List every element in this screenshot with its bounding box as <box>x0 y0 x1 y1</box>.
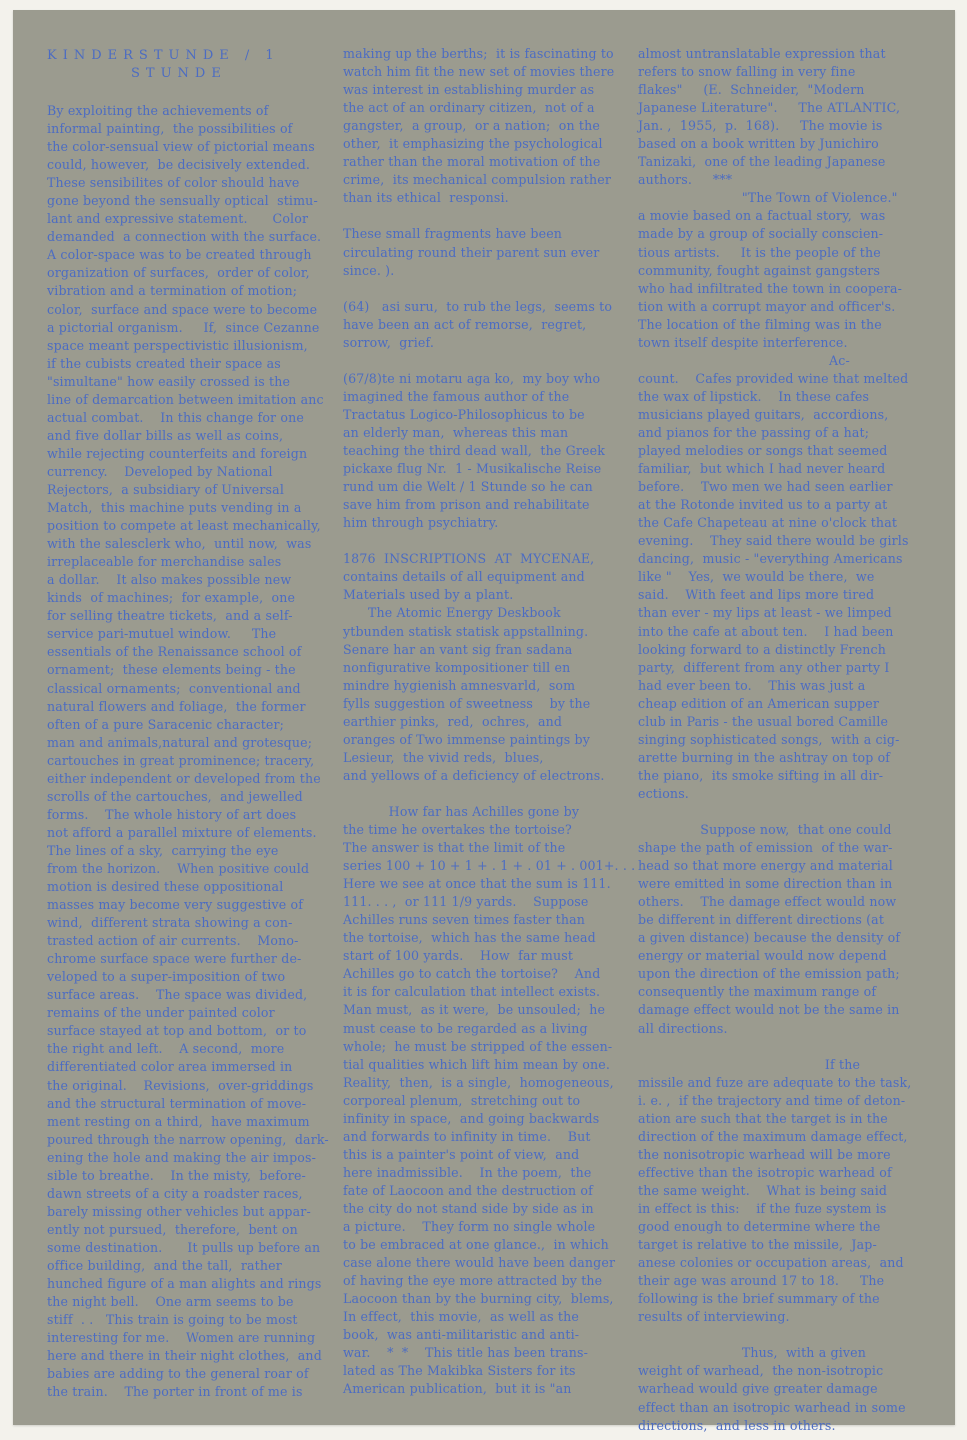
text-line: rund um die Welt / 1 Stunde so he can <box>343 478 638 496</box>
text-line: head so that more energy and material <box>638 857 938 875</box>
text-line: a given distance) because the density of <box>638 929 938 947</box>
text-line: informal painting, the possibilities of <box>47 120 342 138</box>
text-line: fate of Laocoon and the destruction of <box>343 1182 638 1200</box>
text-line: from the horizon. When positive could <box>47 860 342 878</box>
text-line: earthier pinks, red, ochres, and <box>343 713 638 731</box>
text-line: party, different from any other party I <box>638 659 938 677</box>
text-line: if the cubists created their space as <box>47 355 342 373</box>
text-line: target is relative to the missile, Jap- <box>638 1236 938 1254</box>
text-line: damage effect would not be the same in <box>638 1001 938 1019</box>
text-line: infinity in space, and going backwards <box>343 1110 638 1128</box>
text-line: lated as The Makibka Sisters for its <box>343 1362 638 1380</box>
text-line: dancing, music - "everything Americans <box>638 550 938 568</box>
text-line: the piano, its smoke sifting in all dir- <box>638 767 938 785</box>
text-line: community, fought against gangsters <box>638 262 938 280</box>
text-line: a pictorial organism. If, since Cezanne <box>47 319 342 337</box>
text-line: the same weight. What is being said <box>638 1182 938 1200</box>
text-line: service pari-mutuel window. The <box>47 625 342 643</box>
text-line <box>638 1038 938 1056</box>
text-line: the right and left. A second, more <box>47 1040 342 1058</box>
text-line: played melodies or songs that seemed <box>638 442 938 460</box>
text-line: him through psychiatry. <box>343 514 638 532</box>
text-line: Jan. , 1955, p. 168). The movie is <box>638 117 938 135</box>
text-line: Lesieur, the vivid reds, blues, <box>343 749 638 767</box>
text-line: effective than the isotropic warhead of <box>638 1164 938 1182</box>
text-line <box>638 803 938 821</box>
text-line: while rejecting counterfeits and foreign <box>47 445 342 463</box>
text-line: the tortoise, which has the same head <box>343 929 638 947</box>
text-line: By exploiting the achievements of <box>47 102 342 120</box>
text-line <box>638 1326 938 1344</box>
text-line: the color-sensual view of pictorial mean… <box>47 138 342 156</box>
text-line: stiff . . This train is going to be most <box>47 1311 342 1329</box>
text-column-left: By exploiting the achievements ofinforma… <box>47 102 342 1401</box>
text-line <box>343 207 638 225</box>
text-line: gangster, a group, or a nation; on the <box>343 117 638 135</box>
text-line: it is for calculation that intellect exi… <box>343 983 638 1001</box>
text-line: weight of warhead, the non-isotropic <box>638 1362 938 1380</box>
text-line: following is the brief summary of the <box>638 1290 938 1308</box>
text-line: energy or material would now depend <box>638 947 938 965</box>
text-line: based on a book written by Junichiro <box>638 135 938 153</box>
text-line: book, was anti-militaristic and anti- <box>343 1326 638 1344</box>
text-line: here inadmissible. In the poem, the <box>343 1164 638 1182</box>
text-line <box>343 352 638 370</box>
text-line: series 100 + 10 + 1 + . 1 + . 01 + . 001… <box>343 857 638 875</box>
text-line: classical ornaments; conventional and <box>47 680 342 698</box>
text-line: not afford a parallel mixture of element… <box>47 824 342 842</box>
text-line: Rejectors, a subsidiary of Universal <box>47 481 342 499</box>
text-line: in effect is this: if the fuze system is <box>638 1200 938 1218</box>
text-line: color, surface and space were to become <box>47 301 342 319</box>
text-line: "simultane" how easily crossed is the <box>47 373 342 391</box>
text-line: all directions. <box>638 1020 938 1038</box>
text-line: Achilles go to catch the tortoise? And <box>343 965 638 983</box>
text-line: missile and fuze are adequate to the tas… <box>638 1074 938 1092</box>
text-line: These small fragments have been <box>343 225 638 243</box>
text-line: scrolls of the cartouches, and jewelled <box>47 788 342 806</box>
text-line: their age was around 17 to 18. The <box>638 1272 938 1290</box>
text-line: the wax of lipstick. In these cafes <box>638 388 938 406</box>
text-line: cheap edition of an American supper <box>638 695 938 713</box>
text-line: wind, different strata showing a con- <box>47 914 342 932</box>
text-line: Japanese Literature". The ATLANTIC, <box>638 99 938 117</box>
text-line: i. e. , if the trajectory and time of de… <box>638 1092 938 1110</box>
text-line: veloped to a super-imposition of two <box>47 968 342 986</box>
text-line: and five dollar bills as well as coins, <box>47 427 342 445</box>
text-line: (67/8)te ni motaru aga ko, my boy who <box>343 370 638 388</box>
text-line: surface areas. The space was divided, <box>47 986 342 1004</box>
text-line <box>343 280 638 298</box>
text-line: masses may become very suggestive of <box>47 896 342 914</box>
text-line: trasted action of air currents. Mono- <box>47 932 342 950</box>
text-line: fylls suggestion of sweetness by the <box>343 695 638 713</box>
text-line: tious artists. It is the people of the <box>638 244 938 262</box>
text-line: gone beyond the sensually optical stimu- <box>47 192 342 210</box>
text-line: organization of surfaces, order of color… <box>47 264 342 282</box>
text-line: of having the eye more attracted by the <box>343 1272 638 1290</box>
text-line: Suppose now, that one could <box>638 821 938 839</box>
text-line: other, it emphasizing the psychological <box>343 135 638 153</box>
text-line: The lines of a sky, carrying the eye <box>47 842 342 860</box>
text-line: The answer is that the limit of the <box>343 839 638 857</box>
text-line: to be embraced at one glance., in which <box>343 1236 638 1254</box>
text-line: whole; he must be stripped of the essen- <box>343 1038 638 1056</box>
text-line: with the salesclerk who, until now, was <box>47 535 342 553</box>
text-line: and the structural termination of move- <box>47 1095 342 1113</box>
text-line: the time he overtakes the tortoise? <box>343 821 638 839</box>
text-line: tion with a corrupt mayor and officer's. <box>638 298 938 316</box>
text-line: Reality, then, is a single, homogeneous, <box>343 1074 638 1092</box>
text-line: some destination. It pulls up before an <box>47 1239 342 1257</box>
text-line: direction of the maximum damage effect, <box>638 1128 938 1146</box>
text-line: 1876 INSCRIPTIONS AT MYCENAE, <box>343 550 638 568</box>
text-line: ment resting on a third, have maximum <box>47 1113 342 1131</box>
text-line: barely missing other vehicles but appar- <box>47 1203 342 1221</box>
text-line: evening. They said there would be girls <box>638 532 938 550</box>
text-line: actual combat. In this change for one <box>47 409 342 427</box>
text-line: be different in different directions (at <box>638 911 938 929</box>
text-line: club in Paris - the usual bored Camille <box>638 713 938 731</box>
text-line: Tractatus Logico-Philosophicus to be <box>343 406 638 424</box>
text-line: effect than an isotropic warhead in some <box>638 1399 938 1417</box>
text-line: ornament; these elements being - the <box>47 661 342 679</box>
text-line: a dollar. It also makes possible new <box>47 571 342 589</box>
text-column-right: almost untranslatable expression thatref… <box>638 45 938 1435</box>
text-line: this is a painter's point of view, and <box>343 1146 638 1164</box>
text-line: anese colonies or occupation areas, and <box>638 1254 938 1272</box>
text-line: an elderly man, whereas this man <box>343 424 638 442</box>
text-line: irreplaceable for merchandise sales <box>47 553 342 571</box>
text-line: ytbunden statisk statisk appstallning. <box>343 623 638 641</box>
text-column-middle: making up the berths; it is fascinating … <box>343 45 638 1399</box>
text-line: office building, and the tall, rather <box>47 1257 342 1275</box>
text-line: often of a pure Saracenic character; <box>47 716 342 734</box>
text-line: differentiated color area immersed in <box>47 1058 342 1076</box>
text-line: a movie based on a factual story, was <box>638 207 938 225</box>
text-line: Materials used by a plant. <box>343 586 638 604</box>
text-line: Ac- <box>638 352 938 370</box>
document-title-line2: STUNDE <box>131 66 227 81</box>
text-line: have been an act of remorse, regret, <box>343 316 638 334</box>
text-line: said. With feet and lips more tired <box>638 586 938 604</box>
text-line: the original. Revisions, over-griddings <box>47 1077 342 1095</box>
text-line: If the <box>638 1056 938 1074</box>
text-line: and pianos for the passing of a hat; <box>638 424 938 442</box>
text-line: corporeal plenum, stretching out to <box>343 1092 638 1110</box>
text-line: save him from prison and rehabilitate <box>343 496 638 514</box>
text-line: upon the direction of the emission path; <box>638 965 938 983</box>
text-line: for selling theatre tickets, and a self- <box>47 607 342 625</box>
text-line: ently not pursued, therefore, bent on <box>47 1221 342 1239</box>
text-line: the city do not stand side by side as in <box>343 1200 638 1218</box>
text-line: Here we see at once that the sum is 111. <box>343 875 638 893</box>
text-line: The location of the filming was in the <box>638 316 938 334</box>
text-line: Achilles runs seven times faster than <box>343 911 638 929</box>
text-line: (64) asi suru, to rub the legs, seems to <box>343 298 638 316</box>
text-line: a picture. They form no single whole <box>343 1218 638 1236</box>
text-line: In effect, this movie, as well as the <box>343 1308 638 1326</box>
text-line: remains of the under painted color <box>47 1004 342 1022</box>
text-line: the act of an ordinary citizen, not of a <box>343 99 638 117</box>
text-line: watch him fit the new set of movies ther… <box>343 63 638 81</box>
text-line: ening the hole and making the air impos- <box>47 1149 342 1167</box>
text-line: natural flowers and foliage, the former <box>47 698 342 716</box>
text-line: Tanizaki, one of the leading Japanese <box>638 153 938 171</box>
text-line: made by a group of socially conscien- <box>638 225 938 243</box>
text-line: forms. The whole history of art does <box>47 806 342 824</box>
text-line: pickaxe flug Nr. 1 - Musikalische Reise <box>343 460 638 478</box>
text-line: looking forward to a distinctly French <box>638 641 938 659</box>
text-line: These sensibilites of color should have <box>47 174 342 192</box>
text-line: start of 100 yards. How far must <box>343 947 638 965</box>
text-line: man and animals,natural and grotesque; <box>47 734 342 752</box>
text-line: consequently the maximum range of <box>638 983 938 1001</box>
text-line: and yellows of a deficiency of electrons… <box>343 767 638 785</box>
text-line: flakes" (E. Schneider, "Modern <box>638 81 938 99</box>
text-line: had ever been to. This was just a <box>638 677 938 695</box>
text-line: refers to snow falling in very fine <box>638 63 938 81</box>
text-line: ation are such that the target is in the <box>638 1110 938 1128</box>
text-line: interesting for me. Women are running <box>47 1329 342 1347</box>
text-line: hunched figure of a man alights and ring… <box>47 1275 342 1293</box>
text-line: were emitted in some direction than in <box>638 875 938 893</box>
text-line: sorrow, grief. <box>343 334 638 352</box>
text-line: since. ). <box>343 262 638 280</box>
text-line: American publication, but it is "an <box>343 1380 638 1398</box>
text-line: war. * * This title has been trans- <box>343 1344 638 1362</box>
text-line: position to compete at least mechanicall… <box>47 517 342 535</box>
text-line: essentials of the Renaissance school of <box>47 643 342 661</box>
text-line: making up the berths; it is fascinating … <box>343 45 638 63</box>
text-line: oranges of Two immense paintings by <box>343 731 638 749</box>
text-line: singing sophisticated songs, with a cig- <box>638 731 938 749</box>
text-line: Laocoon than by the burning city, blems, <box>343 1290 638 1308</box>
text-line: rather than the moral motivation of the <box>343 153 638 171</box>
text-line: must cease to be regarded as a living <box>343 1020 638 1038</box>
text-line: here and there in their night clothes, a… <box>47 1347 342 1365</box>
text-line: count. Cafes provided wine that melted <box>638 370 938 388</box>
text-line: before. Two men we had seen earlier <box>638 478 938 496</box>
text-line: teaching the third dead wall, the Greek <box>343 442 638 460</box>
text-line: case alone there would have been danger <box>343 1254 638 1272</box>
text-line: cartouches in great prominence; tracery, <box>47 752 342 770</box>
text-line: lant and expressive statement. Color <box>47 210 342 228</box>
text-line: who had infiltrated the town in coopera- <box>638 280 938 298</box>
text-line: line of demarcation between imitation an… <box>47 391 342 409</box>
text-line: good enough to determine where the <box>638 1218 938 1236</box>
text-line: sible to breathe. In the misty, before- <box>47 1167 342 1185</box>
text-line: town itself despite interference. <box>638 334 938 352</box>
text-line: surface stayed at top and bottom, or to <box>47 1022 342 1040</box>
document-title-line1: KINDERSTUNDE / 1 <box>47 48 280 63</box>
text-line: imagined the famous author of the <box>343 388 638 406</box>
text-line: currency. Developed by National <box>47 463 342 481</box>
text-line: kinds of machines; for example, one <box>47 589 342 607</box>
text-line: into the cafe at about ten. I had been <box>638 623 938 641</box>
text-line: and forwards to infinity in time. But <box>343 1128 638 1146</box>
text-line: shape the path of emission of the war- <box>638 839 938 857</box>
text-line: almost untranslatable expression that <box>638 45 938 63</box>
text-line: vibration and a termination of motion; <box>47 282 342 300</box>
text-line: Match, this machine puts vending in a <box>47 499 342 517</box>
text-line: the Cafe Chapeteau at nine o'clock that <box>638 514 938 532</box>
text-line: The Atomic Energy Deskbook <box>343 604 638 622</box>
text-line: crime, its mechanical compulsion rather <box>343 171 638 189</box>
text-line: demanded a connection with the surface. <box>47 228 342 246</box>
text-line: musicians played guitars, accordions, <box>638 406 938 424</box>
text-line: dawn streets of a city a roadster races, <box>47 1185 342 1203</box>
text-line: poured through the narrow opening, dark- <box>47 1131 342 1149</box>
text-line: results of interviewing. <box>638 1308 938 1326</box>
text-line: like " Yes, we would be there, we <box>638 568 938 586</box>
text-line: ections. <box>638 785 938 803</box>
text-line: others. The damage effect would now <box>638 893 938 911</box>
text-line: the nonisotropic warhead will be more <box>638 1146 938 1164</box>
text-line: nonfigurative kompositioner till en <box>343 659 638 677</box>
text-line: mindre hygienish amnesvarld, som <box>343 677 638 695</box>
text-line: Man must, as it were, be unsouled; he <box>343 1001 638 1019</box>
text-line: babies are adding to the general roar of <box>47 1365 342 1383</box>
text-line: Senare har an vant sig fran sadana <box>343 641 638 659</box>
text-line: than ever - my lips at least - we limped <box>638 604 938 622</box>
text-line: How far has Achilles gone by <box>343 803 638 821</box>
text-line: authors. *** <box>638 171 938 189</box>
text-line <box>343 785 638 803</box>
text-line: warhead would give greater damage <box>638 1380 938 1398</box>
text-line: 111. . . , or 111 1/9 yards. Suppose <box>343 893 638 911</box>
text-line: Thus, with a given <box>638 1344 938 1362</box>
text-line: either independent or developed from the <box>47 770 342 788</box>
text-line: arette burning in the ashtray on top of <box>638 749 938 767</box>
text-line: the train. The porter in front of me is <box>47 1383 342 1401</box>
text-line: circulating round their parent sun ever <box>343 244 638 262</box>
text-line <box>343 532 638 550</box>
text-line: the night bell. One arm seems to be <box>47 1293 342 1311</box>
text-line: contains details of all equipment and <box>343 568 638 586</box>
text-line: was interest in establishing murder as <box>343 81 638 99</box>
text-line: than its ethical responsi. <box>343 189 638 207</box>
text-line: "The Town of Violence." <box>638 189 938 207</box>
text-line: motion is desired these oppositional <box>47 878 342 896</box>
text-line: tial qualities which lift him mean by on… <box>343 1056 638 1074</box>
text-line: at the Rotonde invited us to a party at <box>638 496 938 514</box>
text-line: A color-space was to be created through <box>47 246 342 264</box>
text-line: directions, and less in others. <box>638 1417 938 1435</box>
text-line: could, however, be decisively extended. <box>47 156 342 174</box>
text-line: familiar, but which I had never heard <box>638 460 938 478</box>
text-line: chrome surface space were further de- <box>47 950 342 968</box>
text-line: space meant perspectivistic illusionism, <box>47 337 342 355</box>
